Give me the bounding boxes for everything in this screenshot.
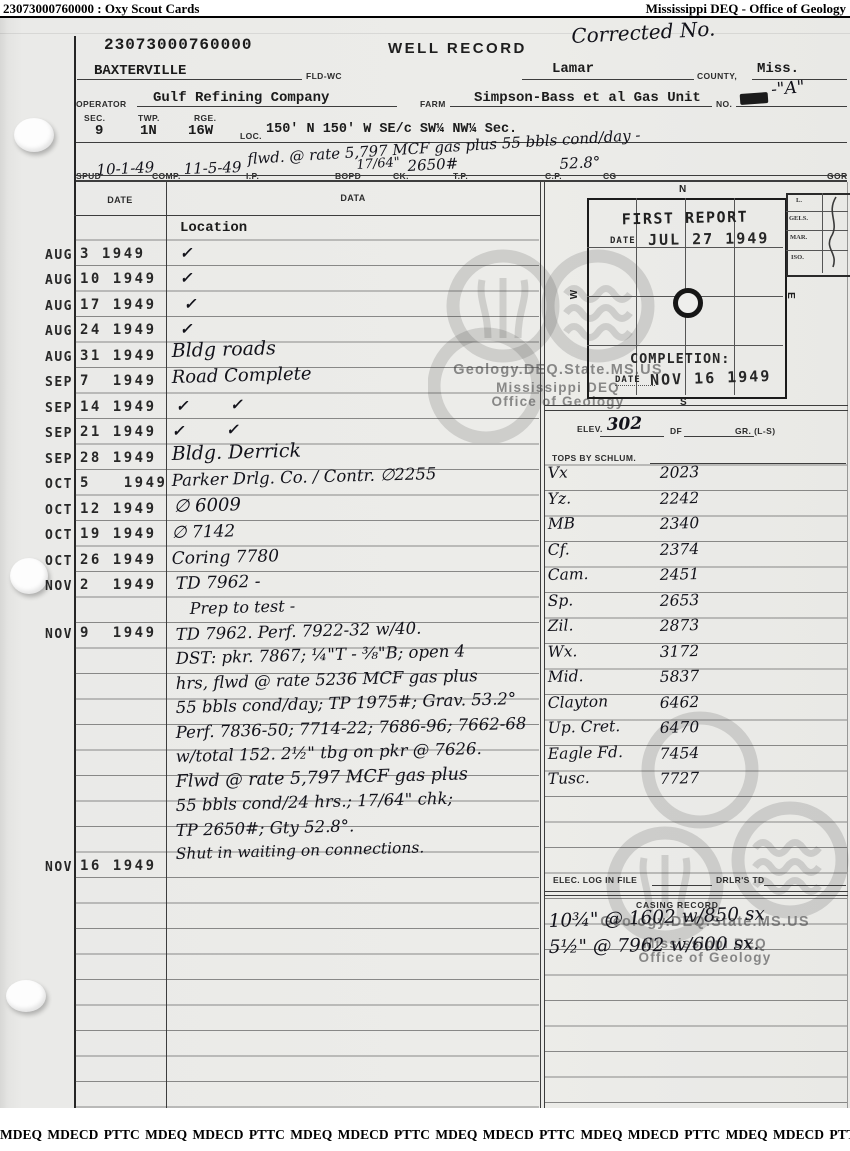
log-row-data: TD 7962 - xyxy=(175,572,260,594)
right-panel-double-line xyxy=(544,405,848,406)
formation-depth: 7454 xyxy=(660,744,700,763)
log-row-month: SEP xyxy=(33,426,73,441)
formation-top-row: Wx.3172 xyxy=(548,643,848,669)
log-row-month: AUG xyxy=(33,248,73,263)
operator-label: OPERATOR xyxy=(76,99,127,109)
formation-name: Up. Cret. xyxy=(548,717,621,737)
log-row-day: 10 1949 xyxy=(80,271,157,287)
log-row-data: ∅ 6009 xyxy=(173,494,241,517)
field-underline xyxy=(77,79,302,80)
log-row-day: 7 1949 xyxy=(80,373,157,389)
gravity-value: 52.8° xyxy=(559,153,601,173)
elev-label: ELEV. xyxy=(577,424,603,434)
log-row: SEP 14 1949 ✓ ✓ xyxy=(0,399,545,424)
log-row-day: 16 1949 xyxy=(80,858,157,874)
form-title: WELL RECORD xyxy=(388,40,527,57)
drlrs-td-label: DRLR'S TD xyxy=(716,875,765,885)
log-row: SEP 7 1949 Road Complete xyxy=(0,373,545,398)
farm-label: FARM xyxy=(420,99,446,109)
checklist-item-label: GELS. xyxy=(789,215,808,222)
log-row-month: SEP xyxy=(33,375,73,390)
log-row-checkmark: ✓ xyxy=(180,269,193,287)
log-row-data: Prep to test - xyxy=(190,596,296,618)
field-label: FLD-WC xyxy=(306,71,342,81)
county-label: COUNTY, xyxy=(697,71,737,81)
formation-top-row: MB2340 xyxy=(548,515,848,541)
farm-underline xyxy=(450,106,712,107)
log-row-month: NOV xyxy=(33,579,73,594)
log-row: OCT 12 1949 ∅ 6009 xyxy=(0,501,545,526)
loc-label: LOC. xyxy=(240,131,262,141)
well-no-underline xyxy=(736,106,847,107)
log-row-checkmark: ✓ xyxy=(180,320,193,338)
log-row-checkmark: ✓ xyxy=(180,244,193,262)
formation-name: Wx. xyxy=(548,642,578,661)
df-underline xyxy=(684,436,754,437)
log-row-data: ∅ 7142 xyxy=(171,521,235,543)
first-report-date-label: DATE xyxy=(610,236,636,246)
log-row-month: AUG xyxy=(33,273,73,288)
print-header-right: Mississippi DEQ - Office of Geology xyxy=(646,1,846,17)
log-row: AUG 17 1949 ✓ xyxy=(0,297,545,322)
log-row-day: 2 1949 xyxy=(80,577,157,593)
formation-name: Cam. xyxy=(548,565,589,584)
formation-name: Tusc. xyxy=(548,769,590,788)
formation-top-row: Yz.2242 xyxy=(548,490,848,516)
rge-label: RGE. xyxy=(194,113,216,123)
formation-name: Clayton xyxy=(548,692,609,712)
log-row: OCT 26 1949 Coring 7780 xyxy=(0,552,545,577)
formation-top-row: Zil.2873 xyxy=(548,617,848,643)
log-row: NOV 16 1949 xyxy=(0,858,545,883)
log-row: OCT 5 1949 Parker Drlg. Co. / Contr. ∅22… xyxy=(0,475,545,500)
well-no-label: NO. xyxy=(716,99,732,109)
log-row-day: 5 1949 xyxy=(80,475,167,491)
print-header-bar: 23073000760000 : Oxy Scout Cards Mississ… xyxy=(0,0,850,18)
formation-top-row: Cf.2374 xyxy=(548,541,848,567)
log-row-day: 12 1949 xyxy=(80,501,157,517)
log-row-day: 26 1949 xyxy=(80,552,157,568)
formation-top-row: Mid.5837 xyxy=(548,668,848,694)
date-column-header: DATE xyxy=(74,195,166,205)
formation-depth: 2374 xyxy=(660,540,700,559)
formation-name: Mid. xyxy=(548,667,584,686)
formation-depth: 2451 xyxy=(660,565,700,584)
log-row: Location xyxy=(0,219,545,244)
log-row-data: Road Complete xyxy=(171,363,311,388)
formation-top-row: Clayton6462 xyxy=(548,694,848,720)
print-footer-bar: MDEQ MDECD PTTC MDEQ MDECD PTTC MDEQ MDE… xyxy=(0,1108,850,1151)
log-row-day: 19 1949 xyxy=(80,526,157,542)
county-underline xyxy=(522,79,694,80)
section-grid-line xyxy=(587,345,783,346)
log-row-month: SEP xyxy=(33,401,73,416)
data-column-header: DATA xyxy=(166,193,540,203)
casing-section-double-line xyxy=(545,895,848,896)
log-row-checkmark: ✓ ✓ xyxy=(176,395,243,415)
log-row-month: AUG xyxy=(33,299,73,314)
scribbled-out-number xyxy=(740,92,769,105)
checklist-item-label: L. xyxy=(796,197,802,204)
tubing-pressure-value: 2650# xyxy=(407,154,459,175)
first-report-date: JUL 27 1949 xyxy=(648,229,770,249)
completion-stamp: COMPLETION: xyxy=(630,351,730,367)
formation-name: Sp. xyxy=(548,591,574,610)
log-row: AUG 3 1949 ✓ xyxy=(0,246,545,271)
log-row-month: SEP xyxy=(33,452,73,467)
elec-log-underline xyxy=(652,885,712,886)
compass-west-label: W xyxy=(569,290,580,299)
punch-hole xyxy=(6,980,46,1012)
log-row-checkmark: ✓ xyxy=(184,295,197,313)
formation-top-row: Cam.2451 xyxy=(548,566,848,592)
formation-depth: 7727 xyxy=(660,769,700,788)
handwritten-initials-flourish xyxy=(822,195,844,270)
log-row-day: 21 1949 xyxy=(80,424,157,440)
compass-south-label: S xyxy=(680,397,687,408)
compass-north-label: N xyxy=(679,184,686,195)
tops-by-schlum-label: TOPS BY SCHLUM. xyxy=(552,453,636,463)
formation-depth: 5837 xyxy=(660,667,700,686)
completion-date-label: DATE xyxy=(615,375,655,386)
formation-top-row: Sp.2653 xyxy=(548,592,848,618)
log-row-data: Bldg. Derrick xyxy=(171,440,301,465)
casing-section-double-line xyxy=(545,891,848,892)
county-name: Lamar xyxy=(552,61,594,77)
formation-depth: 6462 xyxy=(660,693,700,712)
formation-name: MB xyxy=(548,514,576,533)
formation-depth: 2242 xyxy=(660,489,700,508)
checklist-item-label: ISO. xyxy=(791,254,804,261)
log-row-day: 14 1949 xyxy=(80,399,157,415)
formation-depth: 2653 xyxy=(660,591,700,610)
log-row-month: AUG xyxy=(33,350,73,365)
well-no-value: -"A" xyxy=(770,77,805,100)
formation-depth: 2023 xyxy=(660,463,700,482)
log-row-month: AUG xyxy=(33,324,73,339)
log-row-day: 28 1949 xyxy=(80,450,157,466)
log-row-month: NOV xyxy=(33,860,73,875)
log-row-month: OCT xyxy=(33,554,73,569)
scout-card-page: 23073000760000 : Oxy Scout Cards Mississ… xyxy=(0,0,850,1151)
gr-label: GR. (L-S) xyxy=(735,426,775,436)
formation-name: Cf. xyxy=(548,540,570,559)
operator-underline xyxy=(137,106,397,107)
formation-depth: 2340 xyxy=(660,514,700,533)
checklist-item-label: MAR. xyxy=(790,234,807,241)
compass-east-label: E xyxy=(785,292,796,299)
log-row-month: OCT xyxy=(33,503,73,518)
operator-name: Gulf Refining Company xyxy=(153,90,329,106)
log-row-month: OCT xyxy=(33,528,73,543)
log-row: AUG 10 1949 ✓ xyxy=(0,271,545,296)
log-row-month: NOV xyxy=(33,627,73,642)
log-row-day: 17 1949 xyxy=(80,297,157,313)
formation-top-row: Eagle Fd.7454 xyxy=(548,745,848,771)
drlrs-td-underline xyxy=(764,885,846,886)
twp-value: 1N xyxy=(140,123,157,139)
right-panel-double-line xyxy=(544,410,848,411)
sec-value: 9 xyxy=(95,123,103,139)
field-name: BAXTERVILLE xyxy=(94,63,186,79)
formation-depth: 3172 xyxy=(660,642,700,661)
punch-hole xyxy=(14,118,54,152)
print-header-left: 23073000760000 : Oxy Scout Cards xyxy=(3,1,199,17)
formation-name: Zil. xyxy=(548,616,574,635)
log-row-day: 9 1949 xyxy=(80,625,157,641)
first-report-stamp: FIRST REPORT xyxy=(600,207,770,229)
log-row-month: OCT xyxy=(33,477,73,492)
farm-name: Simpson-Bass et al Gas Unit xyxy=(474,90,701,106)
formation-depth: 6470 xyxy=(660,718,700,737)
elec-log-label: ELEC. LOG IN FILE xyxy=(553,875,637,885)
sec-label: SEC. xyxy=(84,113,105,123)
well-location-marker xyxy=(673,288,703,318)
api-number: 23073000760000 xyxy=(104,36,252,54)
twp-label: TWP. xyxy=(138,113,160,123)
table-top-border xyxy=(74,180,847,182)
log-row-data: Coring 7780 xyxy=(171,546,279,569)
formation-top-row: Tusc.7727 xyxy=(548,770,848,796)
footer-strip-text: MDEQ MDECD PTTC MDEQ MDECD PTTC MDEQ MDE… xyxy=(0,1127,850,1143)
elev-value: 302 xyxy=(606,414,642,435)
formation-top-row: Up. Cret.6470 xyxy=(548,719,848,745)
spud-row-underline xyxy=(74,175,847,176)
formation-name: Yz. xyxy=(548,489,572,508)
formation-name: Eagle Fd. xyxy=(548,743,624,763)
rge-value: 16W xyxy=(188,123,213,139)
elev-underline xyxy=(600,436,664,437)
log-row-data: Location xyxy=(180,220,247,236)
formation-name: Vx xyxy=(548,463,568,482)
card-top-edge xyxy=(0,33,850,34)
casing-entry: 5½" @ 7962 w/600 sx. xyxy=(549,933,760,958)
log-row-day: 3 1949 xyxy=(80,246,146,262)
log-row-day: 24 1949 xyxy=(80,322,157,338)
state-name: Miss. xyxy=(757,61,799,77)
formation-top-row: Vx2023 xyxy=(548,464,848,490)
formation-depth: 2873 xyxy=(660,616,700,635)
df-label: DF xyxy=(670,426,682,436)
log-row-checkmark: ✓ ✓ xyxy=(172,420,239,440)
log-row-data: Bldg roads xyxy=(171,337,276,362)
log-row-day: 31 1949 xyxy=(80,348,157,364)
